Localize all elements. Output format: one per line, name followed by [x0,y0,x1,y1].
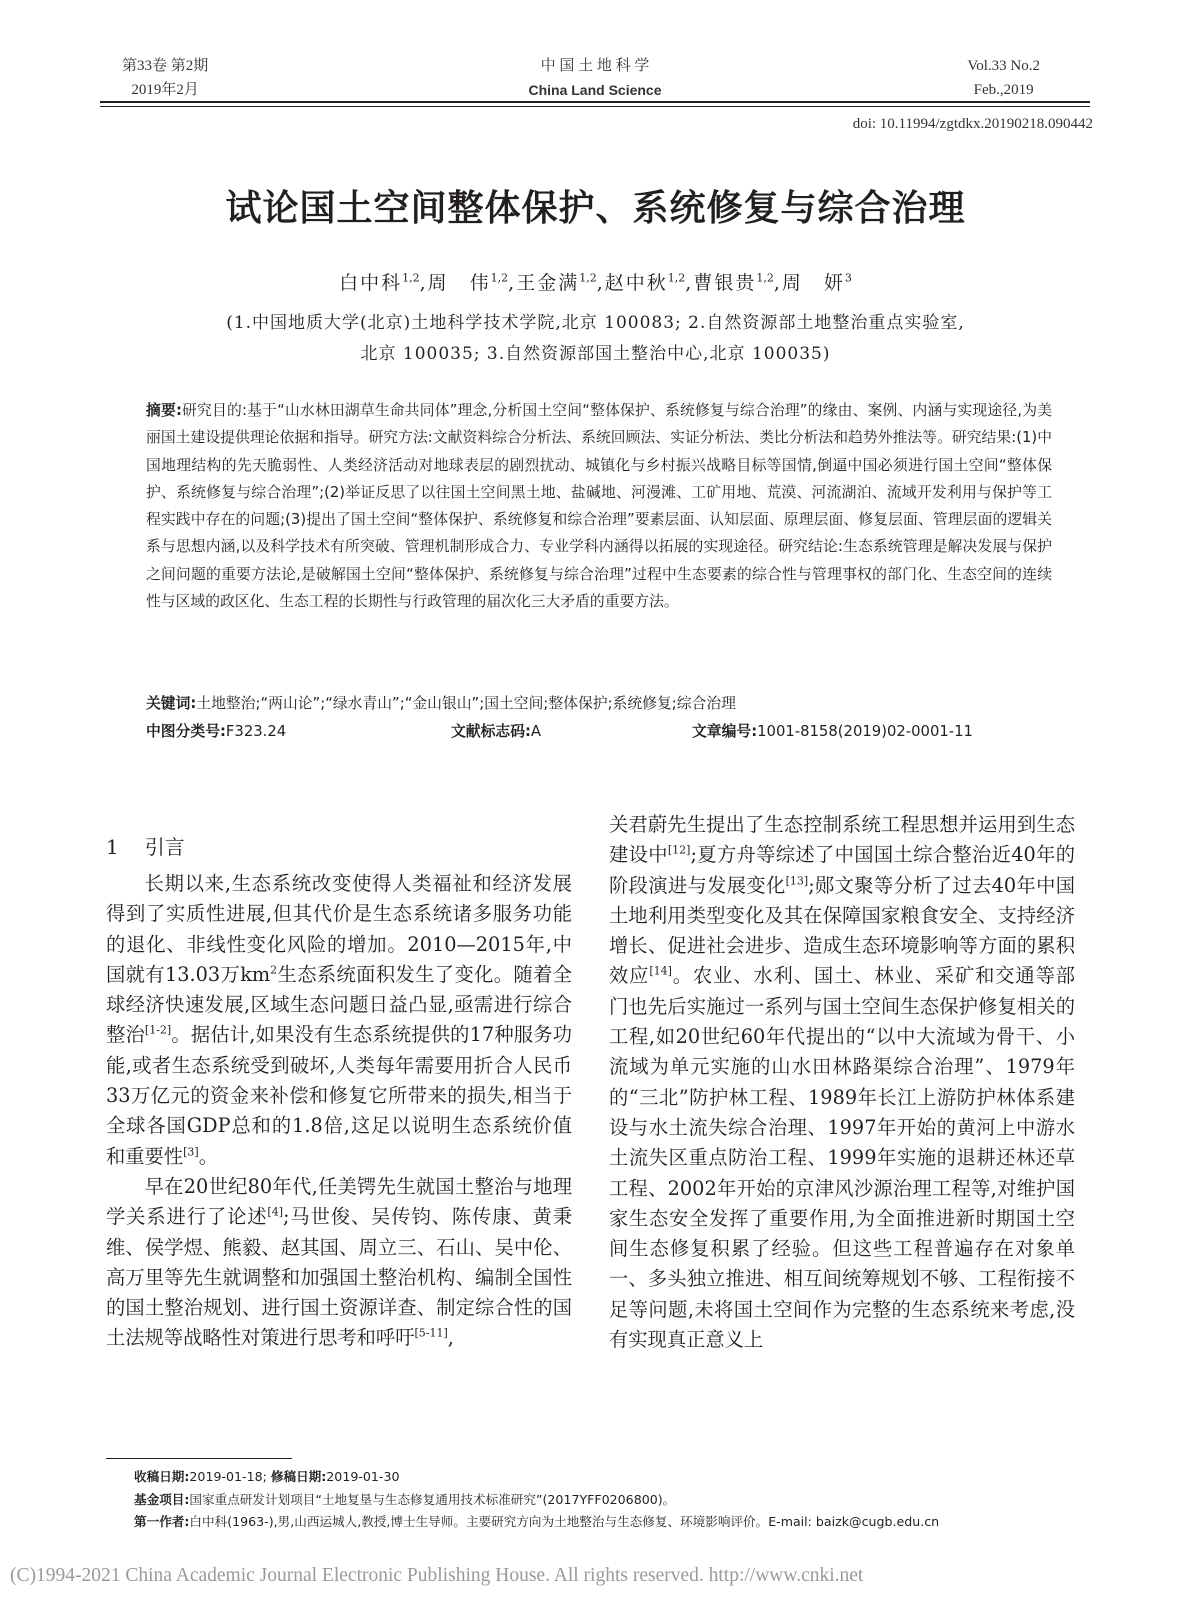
document-code-value: A [531,723,541,740]
paragraph: 长期以来,生态系统改变使得人类福祉和经济发展得到了实质性进展,但其代价是生态系统… [106,869,572,1172]
running-header: 第33卷 第2期 2019年2月 中 国 土 地 科 学 China Land … [100,54,1090,100]
citation[interactable]: [1-2] [145,1024,171,1037]
author: 曹银贵 [693,272,756,294]
keywords: 关键词:土地整治;“两山论”;“绿水青山”;“金山银山”;国土空间;整体保护;系… [146,690,1052,717]
footnotes: 收稿日期:2019-01-18; 修稿日期:2019-01-30 基金项目:国家… [134,1466,1064,1534]
received-date: 2019-01-18; [189,1469,266,1484]
received-label: 收稿日期: [134,1469,189,1484]
author: 赵中秋 [605,272,668,294]
citation[interactable]: [3] [183,1145,199,1158]
article-number: 文章编号:1001-8158(2019)02-0001-11 [692,718,973,745]
text-run: 。据估计,如果没有生态系统提供的17种服务功能,或者生态系统受到破坏,人类每年需… [106,1023,572,1167]
journal-name-cn: 中 国 土 地 科 学 [100,54,1090,78]
clc-value: F323.24 [226,723,286,740]
section-heading: 1引言 [106,832,572,862]
abstract-text: 研究目的:基于“山水林田湖草生命共同体”理念,分析国土空间“整体保护、系统修复与… [146,402,1052,610]
header-rule-thick [100,101,1090,103]
author-affil-sup: 1,2 [756,272,774,285]
header-rule-thin [100,106,1090,107]
first-author-value: 白中科(1963-),男,山西运城人,教授,博士生导师。主要研究方向为土地整治与… [189,1514,939,1529]
body-column-left: 1引言 长期以来,生态系统改变使得人类福祉和经济发展得到了实质性进展,但其代价是… [106,832,572,1354]
volume-issue-en: Vol.33 No.2 [967,54,1040,78]
body-column-right: 关君蔚先生提出了生态控制系统工程思想并运用到生态建设中[12];夏方舟等综述了中… [609,810,1075,1355]
section-number: 1 [106,835,119,859]
section-title: 引言 [145,835,185,859]
journal-name: 中 国 土 地 科 学 China Land Science [100,54,1090,102]
first-author-label: 第一作者: [134,1514,189,1529]
revised-label: 修稿日期: [271,1469,326,1484]
citation[interactable]: [4] [267,1206,283,1219]
revised-date: 2019-01-30 [326,1469,399,1484]
copyright-notice: (C)1994-2021 China Academic Journal Elec… [10,1565,1010,1587]
article-number-label: 文章编号: [692,723,757,740]
journal-name-en: China Land Science [100,78,1090,102]
document-code-label: 文献标志码: [451,723,531,740]
text-run: 。农业、水利、国土、林业、采矿和交通等部门也先后实施过一系列与国土空间生态保护修… [609,964,1075,1351]
doi[interactable]: doi: 10.11994/zgtdkx.20190218.090442 [853,116,1093,133]
clc-number: 中图分类号:F323.24 [146,718,286,745]
author-list: 白中科1,2,周 伟1,2,王金满1,2,赵中秋1,2,曹银贵1,2,周 妍3 [0,268,1191,295]
text-run: 。 [199,1145,218,1168]
paragraph: 关君蔚先生提出了生态控制系统工程思想并运用到生态建设中[12];夏方舟等综述了中… [609,810,1075,1355]
author: 周 妍 [782,272,845,294]
abstract: 摘要:研究目的:基于“山水林田湖草生命共同体”理念,分析国土空间“整体保护、系统… [146,397,1052,615]
issue-info-en: Vol.33 No.2 Feb.,2019 [967,54,1040,102]
text-run: , [448,1326,454,1349]
document-code: 文献标志码:A [451,718,541,745]
clc-label: 中图分类号: [146,723,226,740]
footnote-fund: 基金项目:国家重点研发计划项目“土地复垦与生态修复通用技术标准研究”(2017Y… [134,1489,1064,1512]
article-number-value: 1001-8158(2019)02-0001-11 [757,723,973,740]
citation[interactable]: [5-11] [415,1327,448,1340]
author: 王金满 [516,272,579,294]
keywords-text: 土地整治;“两山论”;“绿水青山”;“金山银山”;国土空间;整体保护;系统修复;… [196,695,736,712]
author: 白中科 [339,272,402,294]
author-affil-sup: 1,2 [668,272,686,285]
author-affil-sup: 1,2 [579,272,597,285]
issue-date-en: Feb.,2019 [967,78,1040,102]
footnote-dates: 收稿日期:2019-01-18; 修稿日期:2019-01-30 [134,1466,1064,1489]
paragraph: 早在20世纪80年代,任美锷先生就国土整治与地理学关系进行了论述[4];马世俊、… [106,1172,572,1354]
affiliations-line-2: 北京 100035; 3.自然资源部国土整治中心,北京 100035) [0,339,1191,364]
abstract-label: 摘要: [146,402,182,419]
footnote-rule [106,1458,292,1459]
author-affil-sup: 1,2 [491,272,509,285]
keywords-label: 关键词: [146,695,196,712]
fund-value: 国家重点研发计划项目“土地复垦与生态修复通用技术标准研究”(2017YFF020… [189,1492,675,1507]
citation[interactable]: [12] [668,844,691,857]
author: 周 伟 [428,272,491,294]
citation[interactable]: [13] [786,874,809,887]
author-affil-sup: 1,2 [402,272,420,285]
footnote-first-author: 第一作者:白中科(1963-),男,山西运城人,教授,博士生导师。主要研究方向为… [134,1511,1064,1534]
author-affil-sup: 3 [845,272,852,285]
citation[interactable]: [14] [649,965,672,978]
paper-title: 试论国土空间整体保护、系统修复与综合治理 [0,180,1191,231]
affiliations-line-1: (1.中国地质大学(北京)土地科学技术学院,北京 100083; 2.自然资源部… [0,308,1191,333]
fund-label: 基金项目: [134,1492,189,1507]
